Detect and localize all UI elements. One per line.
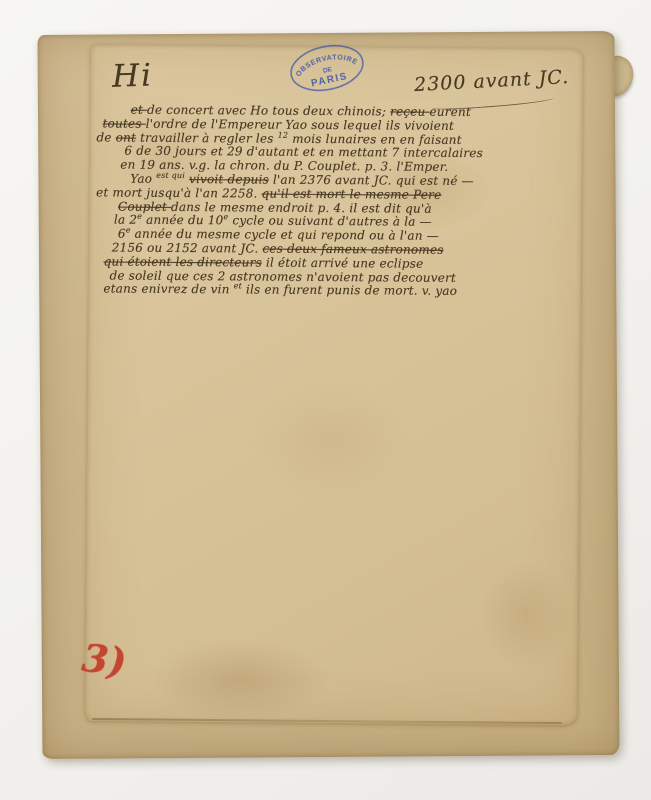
handwritten-text: etans enivrez de vin	[103, 282, 233, 297]
struck-text: qui étoient les directeurs	[104, 254, 262, 269]
handwritten-text: il étoit arrivé une eclipse	[262, 255, 424, 270]
superscript-text: 12	[278, 130, 289, 139]
struck-text: ces deux fameux astronomes	[262, 241, 443, 256]
folio-number: 3)	[80, 638, 128, 682]
superscript-text: est qui	[156, 171, 185, 180]
struck-text: Couplet	[118, 199, 171, 213]
handwritten-text: de	[96, 130, 115, 144]
handwritten-text: travailler à regler les	[136, 130, 278, 145]
stamp-text-middle: DE	[322, 66, 333, 75]
handwritten-text: et mort jusqu'à l'an 2258.	[96, 185, 261, 200]
struck-text: qu'il est mort	[261, 186, 349, 201]
handwritten-text: Yao	[130, 172, 156, 186]
struck-text: reçeu	[390, 104, 430, 118]
page-title: Hi	[111, 57, 153, 94]
struck-text: et	[131, 103, 147, 117]
struck-text: le mesme Pere	[349, 187, 441, 202]
handwritten-text: ils en furent punis de mort. v. yao	[242, 283, 457, 299]
handwritten-text: année du 10	[142, 213, 223, 228]
handwritten-text: 6	[118, 227, 126, 241]
struck-text: ont	[116, 130, 136, 144]
superscript-text: et	[234, 282, 242, 291]
struck-text: vivoit depuis	[189, 172, 269, 187]
svg-text:OBSERVATOIRE: OBSERVATOIRE	[292, 48, 361, 79]
handwritten-text: mois lunaires en en faisant	[288, 131, 462, 146]
handwritten-text: eurent	[429, 105, 471, 119]
stamp-text-top: OBSERVATOIRE	[292, 48, 361, 79]
scanned-manuscript-page: OBSERVATOIRE DE PARIS Hi 2300 avant JC. …	[0, 0, 651, 800]
handwritten-text: 2156 ou 2152 avant JC.	[112, 240, 263, 255]
stamp-text-bottom: PARIS	[310, 71, 349, 89]
manuscript-lines: et de concert avec Ho tous deux chinois;…	[95, 103, 571, 299]
struck-text: toutes	[102, 116, 145, 130]
